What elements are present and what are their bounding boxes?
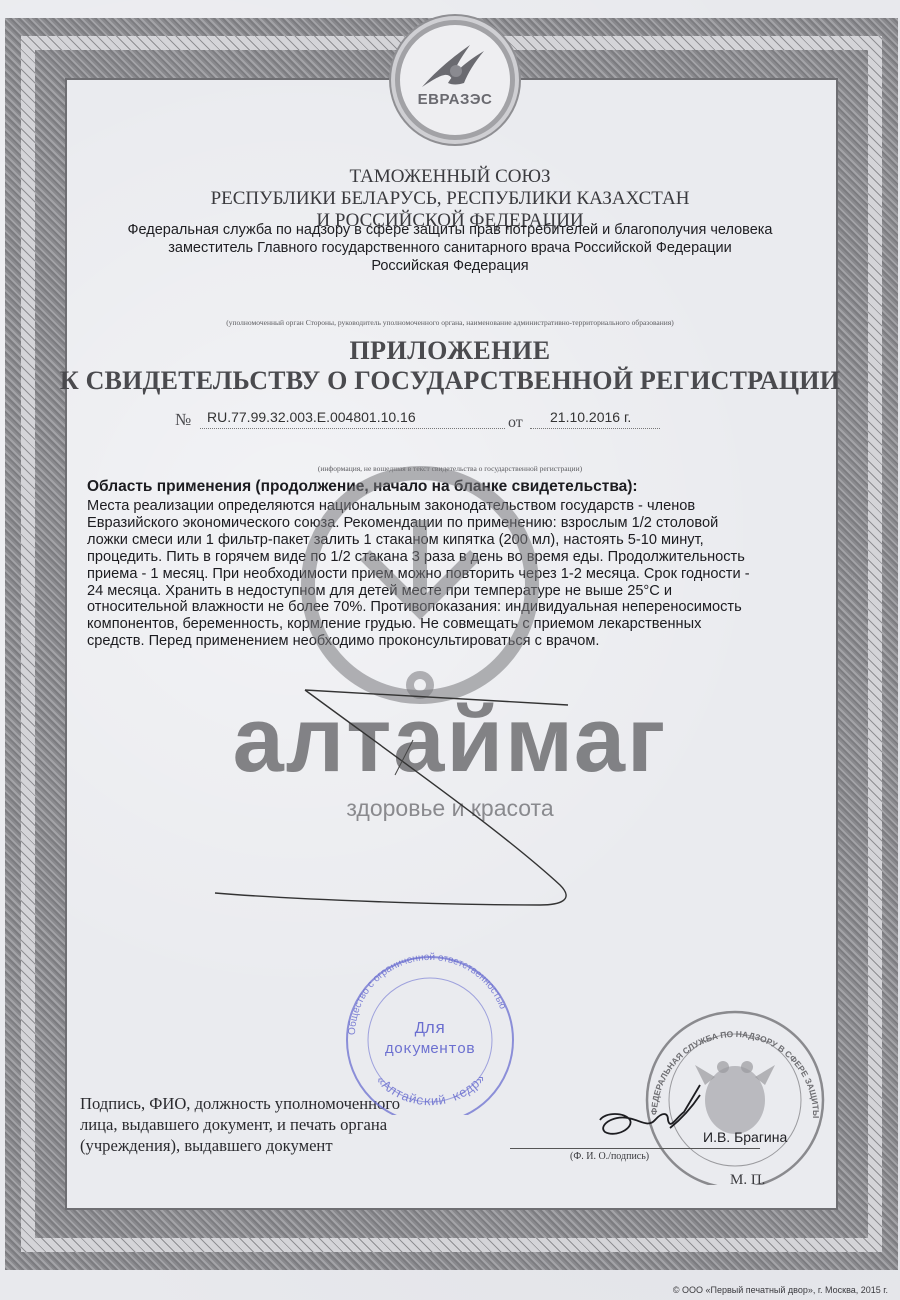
scope-line: приема - 1 месяц. При необходимости прие… xyxy=(87,566,817,583)
signature-caption: Подпись, ФИО, должность уполномоченного … xyxy=(80,1093,488,1156)
registration-number: RU.77.99.32.003.E.004801.10.16 xyxy=(207,409,416,425)
emblem-label: ЕВРАЗЭС xyxy=(400,91,510,108)
union-line: ТАМОЖЕННЫЙ СОЮЗ xyxy=(0,166,900,188)
agency-line: заместитель Главного государственного са… xyxy=(0,239,900,257)
signer-name: И.В. Брагина xyxy=(703,1129,787,1145)
agency-caption: (уполномоченный орган Стороны, руководит… xyxy=(0,318,900,327)
registration-line: № RU.77.99.32.003.E.004801.10.16 от 21.1… xyxy=(175,408,655,432)
agency-header: Федеральная служба по надзору в сфере за… xyxy=(0,221,900,275)
document-title: ПРИЛОЖЕНИЕ xyxy=(0,336,900,366)
signature-caption-line: Подпись, ФИО, должность уполномоченного xyxy=(80,1093,488,1114)
scope-line: средств. Перед применением необходимо пр… xyxy=(87,633,817,650)
evrazes-emblem: ЕВРАЗЭС xyxy=(395,20,515,140)
document-subtitle: К СВИДЕТЕЛЬСТВУ О ГОСУДАРСТВЕННОЙ РЕГИСТ… xyxy=(0,366,900,396)
union-line: РЕСПУБЛИКИ БЕЛАРУСЬ, РЕСПУБЛИКИ КАЗАХСТА… xyxy=(0,188,900,210)
scope-line: компонентов, беременность, кормление гру… xyxy=(87,616,817,633)
printer-imprint: © ООО «Первый печатный двор», г. Москва,… xyxy=(673,1285,888,1295)
evrazes-emblem-icon xyxy=(418,39,488,94)
scope-line: Евразийского экономического союза. Реком… xyxy=(87,515,817,532)
agency-line: Российская Федерация xyxy=(0,257,900,275)
signature-caption-line: лица, выдавшего документ, и печать орган… xyxy=(80,1114,488,1135)
agency-line: Федеральная служба по надзору в сфере за… xyxy=(0,221,900,239)
scope-line: 24 месяца. Хранить в недоступном для дет… xyxy=(87,583,817,600)
signer-underline xyxy=(510,1148,760,1149)
signer-caption: (Ф. И. О./подпись) xyxy=(570,1151,649,1162)
scope-section: Область применения (продолжение, начало … xyxy=(87,478,817,650)
document-content: ТАМОЖЕННЫЙ СОЮЗ РЕСПУБЛИКИ БЕЛАРУСЬ, РЕС… xyxy=(0,0,900,1300)
date-prefix: от xyxy=(508,414,523,432)
seal-mark: М. П. xyxy=(730,1172,765,1189)
registration-caption: (информация, не вошедшая в текст свидете… xyxy=(0,464,900,473)
scope-line: ложки смеси или 1 фильтр-пакет залить 1 … xyxy=(87,532,817,549)
number-sign: № xyxy=(175,410,191,430)
scope-line: процедить. Пить в горячем виде по 1/2 ст… xyxy=(87,549,817,566)
scope-line: относительной влажности не более 70%. Пр… xyxy=(87,599,817,616)
scope-line: Места реализации определяются национальн… xyxy=(87,498,817,515)
scope-heading: Область применения (продолжение, начало … xyxy=(87,478,817,496)
signature-caption-line: (учреждения), выдавшего документ xyxy=(80,1135,488,1156)
registration-date: 21.10.2016 г. xyxy=(550,409,631,425)
scope-text: Места реализации определяются национальн… xyxy=(87,498,817,650)
